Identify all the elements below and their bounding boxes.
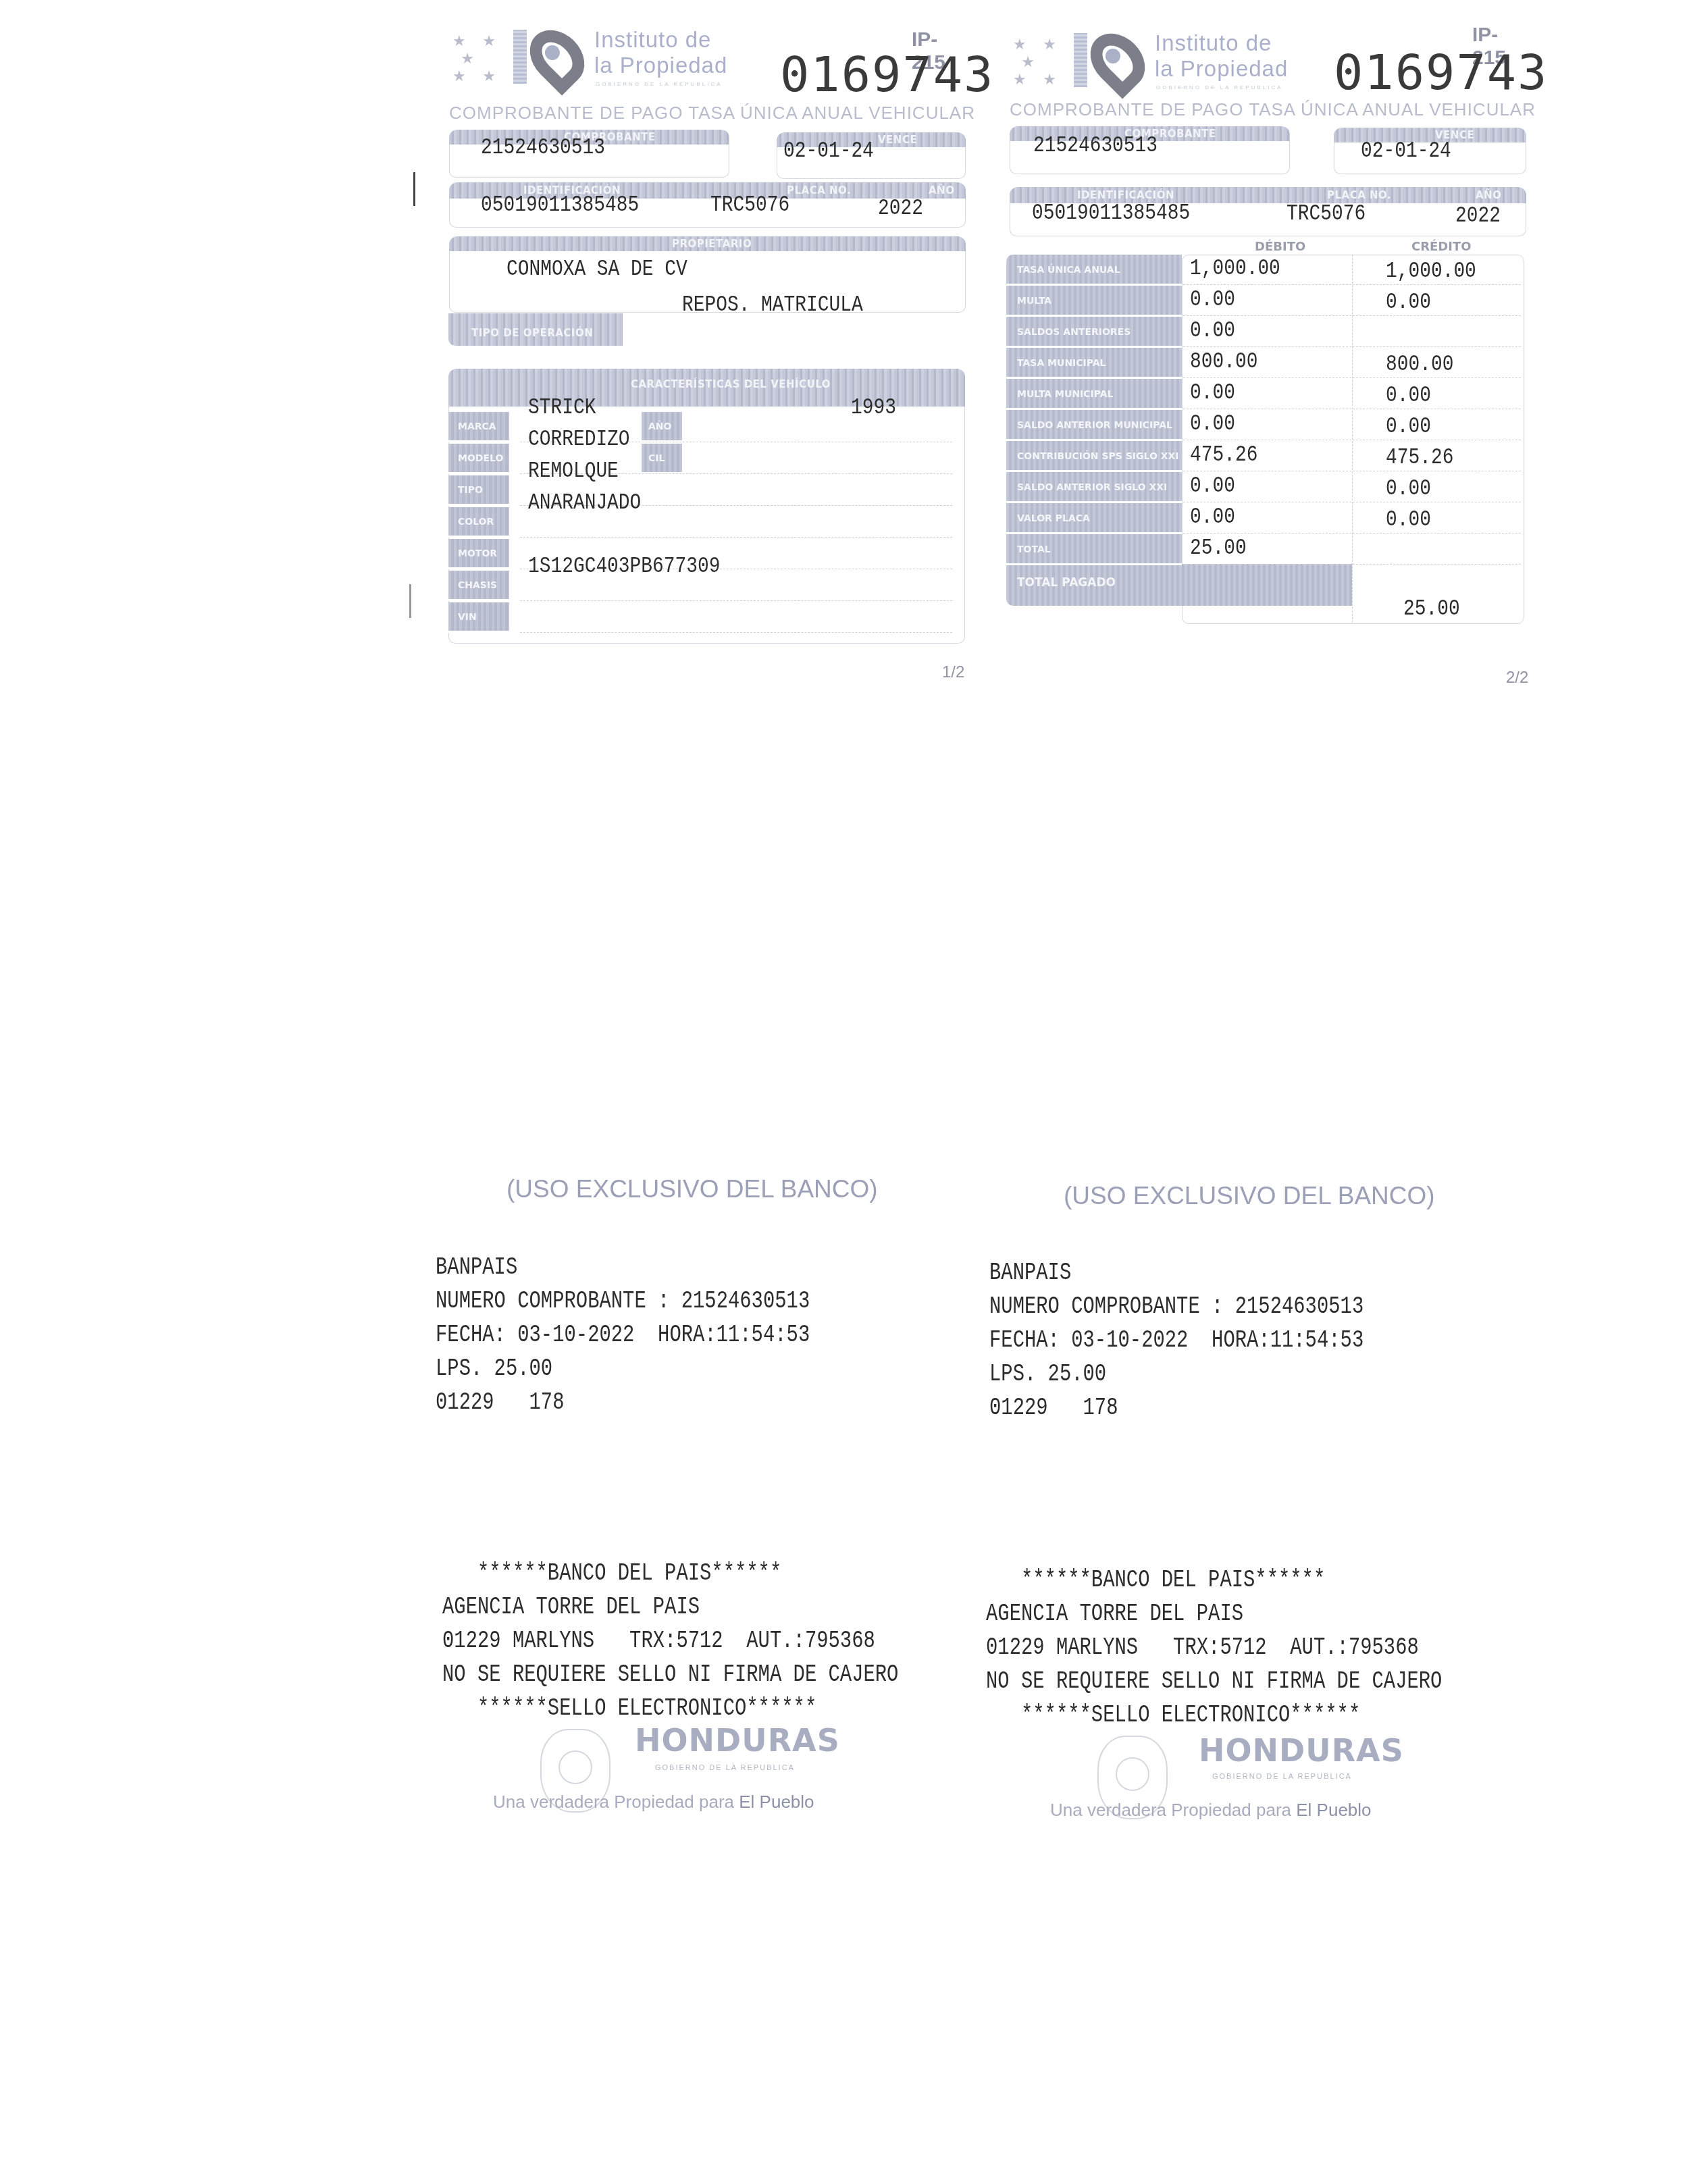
tipo-operacion-header: TIPO DE OPERACIÓN [448,313,623,346]
payment-label-3: TASA MUNICIPAL [1006,348,1182,379]
vehicle-value-chasis: 1S12GC403PB677309 [528,554,720,579]
scan-mark [413,172,415,206]
vehicle-label-modelo: MODELO [448,444,509,474]
total-pagado-value: 25.00 [1403,596,1460,622]
bank-line: ******BANCO DEL PAIS****** [986,1563,1442,1597]
comprobante-value: 21524630513 [1033,133,1158,159]
row-divider [1183,533,1521,534]
bank-line: NO SE REQUIERE SELLO NI FIRMA DE CAJERO [986,1665,1442,1698]
credit-value: 0.00 [1386,383,1431,409]
bank-line: 01229 MARLYNS TRX:5712 AUT.:795368 [986,1631,1442,1665]
vehicle-value-tipo: REMOLQUE [528,459,619,484]
vehicle-cil-label: CIL [642,444,682,474]
placa-value: TRC5076 [710,192,789,218]
page-indicator: 1/2 [942,663,964,682]
institution-name-line2: la Propiedad [594,53,727,78]
anio-value: 2022 [878,196,923,222]
payment-label-9: TOTAL [1006,534,1182,565]
vence-value: 02-01-24 [1361,138,1451,164]
credit-value: 1,000.00 [1386,259,1476,284]
tipo-operacion-value: REPOS. MATRICULA [682,292,863,318]
bank-stub-2: (USO EXCLUSIVO DEL BANCO) BANPAISNUMERO … [962,1148,1543,1830]
vehicle-value-modelo: CORREDIZO [528,427,630,452]
bank-line: LPS. 25.00 [436,1352,810,1386]
serial-number: 0169743 [1334,44,1548,101]
scan-mark [409,584,411,618]
debit-header: DÉBITO [1255,240,1305,254]
propietario-header: PROPIETARIO [449,236,966,251]
institution-name: Instituto de la Propiedad [1155,30,1288,82]
vehicle-anio-label-text: AÑO [648,421,671,432]
vence-value: 02-01-24 [783,138,874,164]
credit-value: 0.00 [1386,507,1431,533]
ip-pin-logo-icon [519,19,595,95]
vence-label: VENCE [878,134,917,146]
bank-line: LPS. 25.00 [989,1357,1363,1391]
placa-label: PLACA No. [1327,189,1391,201]
vehicle-label-chasis: CHASIS [448,571,509,601]
anio-label: AÑO [1476,189,1501,201]
vehicle-label-marca: MARCA [448,412,509,442]
row-divider [1183,315,1521,316]
institution-name-line1: Instituto de [594,27,727,53]
row-divider [1183,378,1521,378]
institution-name-line2: la Propiedad [1155,56,1288,82]
credit-value: 0.00 [1386,476,1431,502]
vehicle-label-tipo: TIPO [448,475,509,506]
identificacion-value: 05019011385485 [481,192,639,218]
credit-header: CRÉDITO [1411,240,1472,254]
total-pagado-label-text: TOTAL PAGADO [1017,576,1116,590]
debit-value: 1,000.00 [1190,256,1280,282]
bank-line: ******SELLO ELECTRONICO****** [442,1692,898,1725]
credit-value: 0.00 [1386,290,1431,315]
bank-lines-bottom: ******BANCO DEL PAIS******AGENCIA TORRE … [986,1563,1442,1732]
bank-line: AGENCIA TORRE DEL PAIS [986,1597,1442,1631]
institution-subtitle: GOBIERNO DE LA REPUBLICA [596,81,723,87]
debit-value: 800.00 [1190,349,1257,375]
row-divider [520,632,952,633]
row-divider [1183,564,1521,565]
row-divider [1183,409,1521,409]
bank-use-header: (USO EXCLUSIVO DEL BANCO) [506,1175,878,1203]
propietario-value: CONMOXA SA DE CV [506,257,687,282]
total-pagado-label: TOTAL PAGADO [1006,564,1352,606]
five-stars-icon: ★ ★ ★★ ★ [452,32,496,85]
vehicle-cil-label-text: CIL [648,453,665,464]
bank-line: NUMERO COMPROBANTE : 21524630513 [989,1290,1363,1324]
anio-value: 2022 [1455,203,1501,229]
slogan-emphasis: El Pueblo [739,1792,814,1812]
institution-subtitle: GOBIERNO DE LA REPUBLICA [1156,84,1283,90]
bank-line: FECHA: 03-10-2022 HORA:11:54:53 [989,1324,1363,1357]
five-stars-icon: ★ ★ ★★ ★ [1013,36,1056,88]
receipt-copy-2: ★ ★ ★★ ★ Instituto de la Propiedad GOBIE… [993,17,1526,665]
vehicle-anio-label: AÑO [642,412,682,442]
vehicle-label-vin: VIN [448,602,509,633]
vehicle-section-label: CARACTERÍSTICAS DEL VEHÍCULO [631,378,831,390]
honduras-brand-subtitle: GOBIERNO DE LA REPUBLICA [1212,1773,1352,1781]
payment-label-8: VALOR PLACA [1006,503,1182,534]
debit-value: 0.00 [1190,504,1235,530]
payment-label-5: SALDO ANTERIOR MUNICIPAL [1006,410,1182,441]
debit-credit-divider [1352,255,1353,623]
debit-value: 0.00 [1190,287,1235,313]
vehicle-value-color: ANARANJADO [528,490,641,516]
row-divider [1183,284,1521,285]
bank-line: 01229 178 [436,1386,810,1420]
bank-lines-top: BANPAISNUMERO COMPROBANTE : 21524630513F… [436,1251,810,1420]
institution-name-line1: Instituto de [1155,30,1288,56]
placa-value: TRC5076 [1287,201,1366,227]
honduras-brand-subtitle: GOBIERNO DE LA REPUBLICA [655,1764,795,1772]
document-title: COMPROBANTE DE PAGO TASA ÚNICA ANUAL VEH… [1010,99,1536,120]
row-divider [1183,471,1521,471]
slogan-emphasis: El Pueblo [1296,1800,1371,1820]
payment-label-6: CONTRIBUCIÓN SPS SIGLO XXI [1006,441,1182,472]
credit-value: 800.00 [1386,352,1453,378]
bank-line: AGENCIA TORRE DEL PAIS [442,1590,898,1624]
slogan-main: Una verdadera Propiedad para [493,1792,739,1812]
identificacion-value: 05019011385485 [1032,201,1190,226]
document-title: COMPROBANTE DE PAGO TASA ÚNICA ANUAL VEH… [449,103,975,124]
vehicle-value-marca: STRICK [528,395,596,421]
tipo-operacion-label: TIPO DE OPERACIÓN [471,327,593,339]
identificacion-label: IDENTIFICACIÓN [1077,189,1174,201]
row-divider [1183,346,1521,347]
row-divider [1183,440,1521,440]
page-indicator: 2/2 [1506,669,1528,687]
bank-stub-1: (USO EXCLUSIVO DEL BANCO) BANPAISNUMERO … [405,1148,918,1823]
receipt-copy-1: ★ ★ ★★ ★ Instituto de la Propiedad GOBIE… [432,14,966,662]
vehicle-label-motor: MOTOR [448,539,509,569]
bank-line: BANPAIS [436,1251,810,1284]
payment-label-2: SALDOS ANTERIORES [1006,317,1182,348]
debit-value: 0.00 [1190,380,1235,406]
bank-lines-bottom: ******BANCO DEL PAIS******AGENCIA TORRE … [442,1557,898,1725]
credit-value: 475.26 [1386,445,1453,471]
row-divider [1183,502,1521,502]
bank-line: FECHA: 03-10-2022 HORA:11:54:53 [436,1318,810,1352]
bank-line: 01229 178 [989,1391,1363,1425]
bank-line: ******SELLO ELECTRONICO****** [986,1698,1442,1732]
logo-bar-icon [1074,33,1087,87]
bank-use-header: (USO EXCLUSIVO DEL BANCO) [1064,1182,1435,1210]
slogan: Una verdadera Propiedad para El Pueblo [493,1792,814,1813]
slogan-main: Una verdadera Propiedad para [1050,1800,1296,1820]
honduras-brand: HONDURAS [1199,1732,1404,1769]
logo-bar-icon [513,30,527,84]
debit-value: 0.00 [1190,318,1235,344]
vehicle-label-color: COLOR [448,507,509,538]
ip-pin-logo-icon [1079,22,1155,99]
bank-line: 01229 MARLYNS TRX:5712 AUT.:795368 [442,1624,898,1658]
row-divider [520,600,952,601]
bank-lines-top: BANPAISNUMERO COMPROBANTE : 21524630513F… [989,1256,1363,1425]
bank-line: NO SE REQUIERE SELLO NI FIRMA DE CAJERO [442,1658,898,1692]
institution-name: Instituto de la Propiedad [594,27,727,78]
anio-label: AÑO [929,184,954,197]
debit-value: 0.00 [1190,473,1235,499]
debit-value: 0.00 [1190,411,1235,437]
slogan: Una verdadera Propiedad para El Pueblo [1050,1800,1372,1821]
comprobante-value: 21524630513 [481,135,605,161]
debit-value: 25.00 [1190,536,1247,561]
payment-label-1: MULTA [1006,286,1182,317]
payment-label-0: TASA ÚNICA ANUAL [1006,255,1182,286]
row-divider [520,537,952,538]
debit-value: 475.26 [1190,442,1257,468]
bank-line: ******BANCO DEL PAIS****** [442,1557,898,1590]
bank-line: BANPAIS [989,1256,1363,1290]
payment-label-7: SALDO ANTERIOR SIGLO XXI [1006,472,1182,503]
honduras-brand: HONDURAS [635,1722,840,1759]
placa-label: PLACA No. [787,184,851,197]
serial-number: 0169743 [780,46,994,103]
vehicle-anio-value: 1993 [851,395,896,421]
propietario-label: PROPIETARIO [672,238,752,250]
credit-value: 0.00 [1386,414,1431,440]
bank-line: NUMERO COMPROBANTE : 21524630513 [436,1284,810,1318]
payment-label-4: MULTA MUNICIPAL [1006,379,1182,410]
